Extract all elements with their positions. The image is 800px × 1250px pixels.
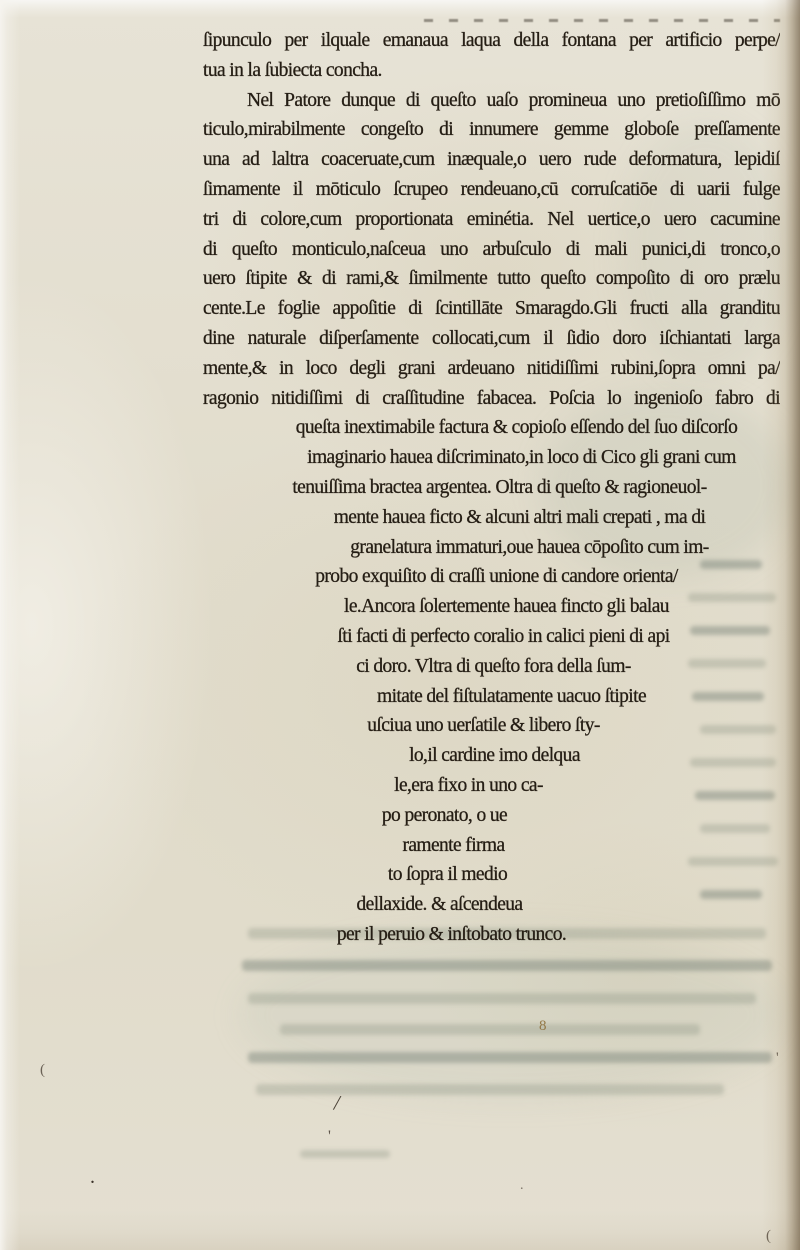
text-line: Nel Patore dunque di queſto uaſo promine… [203, 86, 780, 116]
text-line: ſti facti di perfecto coralio in calici … [215, 622, 792, 652]
text-line: to ſopra il medio [159, 860, 736, 890]
book-page: ſipunculo per ilquale emanaua laqua dell… [0, 0, 800, 1250]
top-edge-dashes [424, 19, 780, 22]
text-line: lo,il cardine imo delqua [206, 741, 783, 771]
bleedthrough-line [300, 1150, 390, 1158]
ink-tick-mark: ' [328, 1128, 331, 1146]
text-line: tua in la ſubiecta concha. [203, 56, 780, 86]
text-line: imaginario hauea diſcriminato,in loco di… [233, 443, 800, 473]
text-line: mente hauea ficto & alcuni altri mali cr… [231, 503, 800, 533]
text-line: probo exquiſito di craſſi unione di cand… [208, 562, 785, 592]
text-line: ſimamente il mōticulo ſcrupeo rendeuano,… [203, 175, 780, 205]
bleedthrough-line [242, 960, 772, 971]
text-line: dine naturale diſperſamente collocati,cu… [203, 324, 780, 354]
text-line: dellaxide. & aſcendeua [151, 890, 728, 920]
ink-dot-mark: . [520, 1178, 524, 1194]
text-line: le,era fixo in uno ca- [180, 771, 757, 801]
text-line: uero ſtipite & di rami,& ſimilmente tutt… [203, 264, 780, 294]
text-line: le.Ancora ſolertemente hauea fincto gli … [218, 592, 795, 622]
text-line: ragonio nitidiſſimi di craſſitudine faba… [203, 384, 780, 414]
ink-blot-mark: 8 [539, 1018, 547, 1035]
text-line: mitate del fiſtulatamente uacuo ſtipite [223, 682, 800, 712]
text-line: ramente firma [165, 831, 742, 861]
ink-dot-mark: . [90, 1166, 95, 1189]
showthrough-tint [240, 930, 780, 1100]
text-line: mente,& in loco degli grani ardeuano nit… [203, 354, 780, 384]
text-line: cente.Le foglie appoſitie di ſcintillāte… [203, 294, 780, 324]
ink-slash-mark: / [332, 1090, 343, 1117]
ink-tick-mark: ' [776, 1050, 779, 1067]
ink-paren-mark: ( [40, 1062, 45, 1079]
text-line: po peronato, o ue [156, 801, 733, 831]
text-block: ſipunculo per ilquale emanaua laqua dell… [203, 26, 780, 950]
text-line: granelatura immaturi,oue hauea cōpoſito … [241, 533, 800, 563]
text-line: di queſto monticulo,naſceua uno arbuſcul… [203, 235, 780, 265]
bleedthrough-line [248, 993, 756, 1004]
text-line: tri di colore,cum proportionata eminétia… [203, 205, 780, 235]
ink-paren-mark: ( [766, 1228, 771, 1245]
text-line: queſta inextimabile factura & copioſo eſ… [228, 413, 800, 443]
bleedthrough-line [280, 1024, 700, 1035]
bleedthrough-line [248, 1052, 772, 1063]
text-line: tenuiſſima bractea argentea. Oltra di qu… [211, 473, 788, 503]
text-line: per il peruio & inſtobato trunco. [163, 920, 740, 950]
text-line: uſciua uno uerſatile & libero ſty- [195, 711, 772, 741]
text-line: ticulo,mirabilmente congeſto di innumere… [203, 115, 780, 145]
text-line: ſipunculo per ilquale emanaua laqua dell… [203, 26, 780, 56]
text-line: una ad laltra coaceruate,cum inæquale,o … [203, 145, 780, 175]
bleedthrough-line [256, 1084, 724, 1095]
text-line: ci doro. Vltra di queſto fora della ſum- [205, 652, 782, 682]
